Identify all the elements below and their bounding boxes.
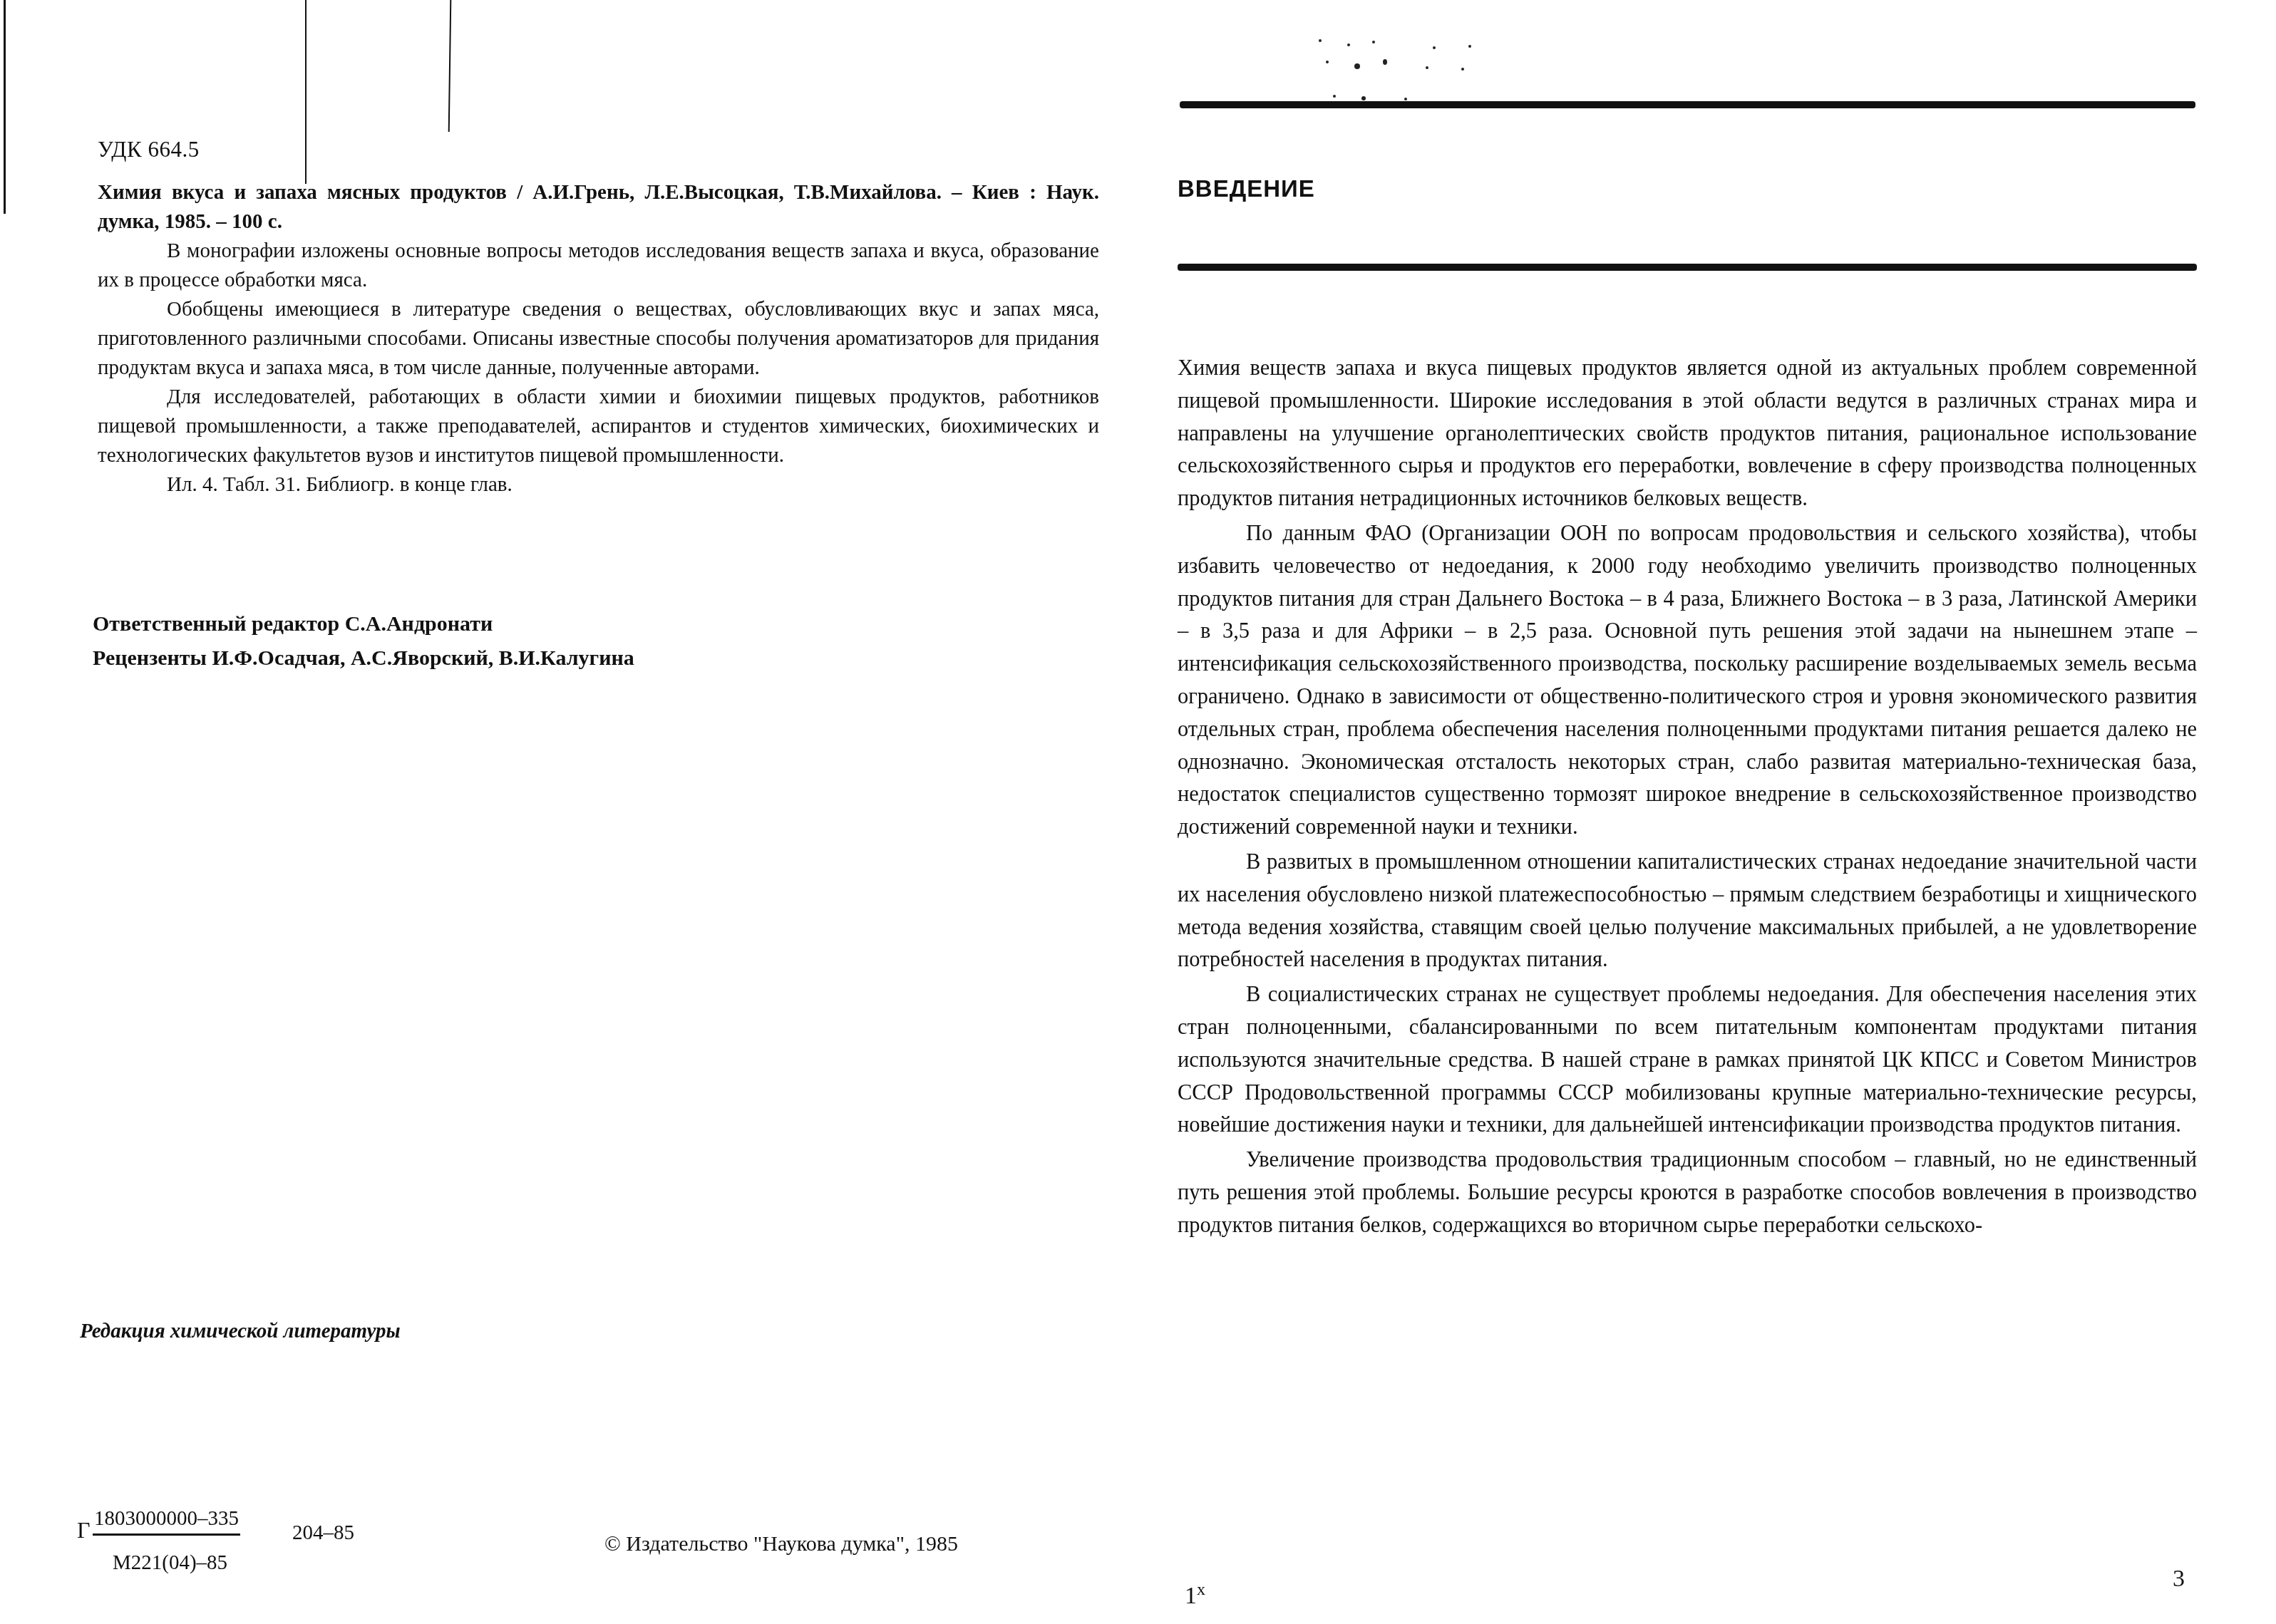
catalog-denominator: М221(04)–85 <box>113 1551 227 1575</box>
scan-noise <box>1304 18 1547 96</box>
header-rule-bottom <box>1178 264 2197 271</box>
bibliographic-entry: Химия вкуса и запаха мясных продуктов / … <box>98 178 1099 500</box>
scan-artifact-line <box>305 0 307 184</box>
scan-edge-line <box>4 0 6 214</box>
abstract-paragraph: Для исследователей, работающих в области… <box>98 383 1099 470</box>
illustrations-note: Ил. 4. Табл. 31. Библиогр. в конце глав. <box>98 470 1099 500</box>
paragraph: Увеличение производства продовольствия т… <box>1178 1144 2197 1241</box>
signature-sup: x <box>1197 1581 1205 1599</box>
paragraph: Химия веществ запаха и вкуса пищевых про… <box>1178 352 2197 515</box>
paragraph: В развитых в промышленном отношении капи… <box>1178 846 2197 976</box>
catalog-numerator: 1803000000–335 <box>93 1507 240 1536</box>
signature-number: 1 <box>1185 1583 1197 1609</box>
book-citation: Химия вкуса и запаха мясных продуктов / … <box>98 178 1099 237</box>
signature-mark: 1x <box>1185 1581 1205 1610</box>
introduction-text: Химия веществ запаха и вкуса пищевых про… <box>1178 352 2197 1244</box>
udk-code: УДК 664.5 <box>98 137 200 162</box>
abstract-paragraph: Обобщены имеющиеся в литературе сведения… <box>98 295 1099 383</box>
editors-block: Ответственный редактор С.А.Андронати Рец… <box>93 607 634 676</box>
reviewers: Рецензенты И.Ф.Осадчая, А.С.Яворский, В.… <box>93 641 634 676</box>
editorial-office: Редакция химической литературы <box>80 1320 401 1343</box>
copyright: © Издательство "Наукова думка", 1985 <box>604 1532 958 1556</box>
scan-artifact-line <box>448 0 452 132</box>
left-page: УДК 664.5 Химия вкуса и запаха мясных пр… <box>0 0 1138 1624</box>
responsible-editor: Ответственный редактор С.А.Андронати <box>93 607 634 641</box>
catalog-prefix: Г <box>77 1517 91 1543</box>
abstract-paragraph: В монографии изложены основные вопросы м… <box>98 237 1099 295</box>
catalog-suffix: 204–85 <box>292 1521 354 1545</box>
paragraph: По данным ФАО (Организации ООН по вопрос… <box>1178 517 2197 844</box>
header-rule-top <box>1180 101 2195 108</box>
section-heading: ВВЕДЕНИЕ <box>1178 175 1315 202</box>
page-number: 3 <box>2173 1566 2185 1593</box>
paragraph: В социалистических странах не существует… <box>1178 978 2197 1142</box>
